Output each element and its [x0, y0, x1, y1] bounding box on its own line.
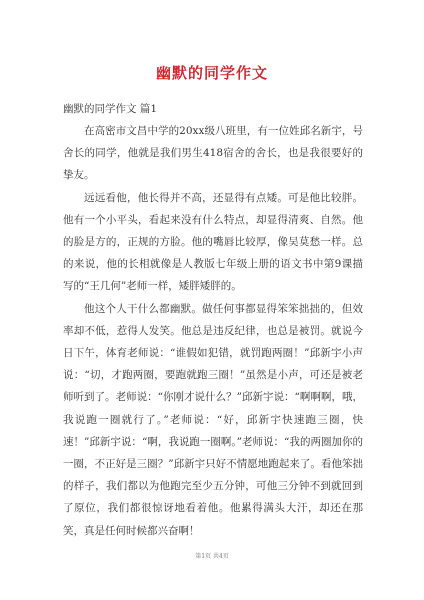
- essay-heading: 幽默的同学作文 篇1: [63, 101, 157, 116]
- paragraph: 在高密市文昌中学的20xx级八班里，有一位姓邱名新宇，号舍长的同学，他就是我们男…: [63, 120, 363, 187]
- document-body: 在高密市文昌中学的20xx级八班里，有一位姓邱名新宇，号舍长的同学，他就是我们男…: [63, 120, 363, 542]
- page-number: 第1页 共4页: [0, 551, 424, 560]
- paragraph: 远远看他，他长得并不高，还显得有点矮。可是他比较胖。他有一个小平头，看起来没有什…: [63, 187, 363, 298]
- document-page: 幽默的同学作文 幽默的同学作文 篇1 在高密市文昌中学的20xx级八班里，有一位…: [0, 0, 424, 600]
- paragraph: 他这个人干什么都幽默。做任何事都显得笨笨拙拙的，但效率却不低，惹得人发笑。他总是…: [63, 298, 363, 542]
- document-title: 幽默的同学作文: [0, 62, 424, 83]
